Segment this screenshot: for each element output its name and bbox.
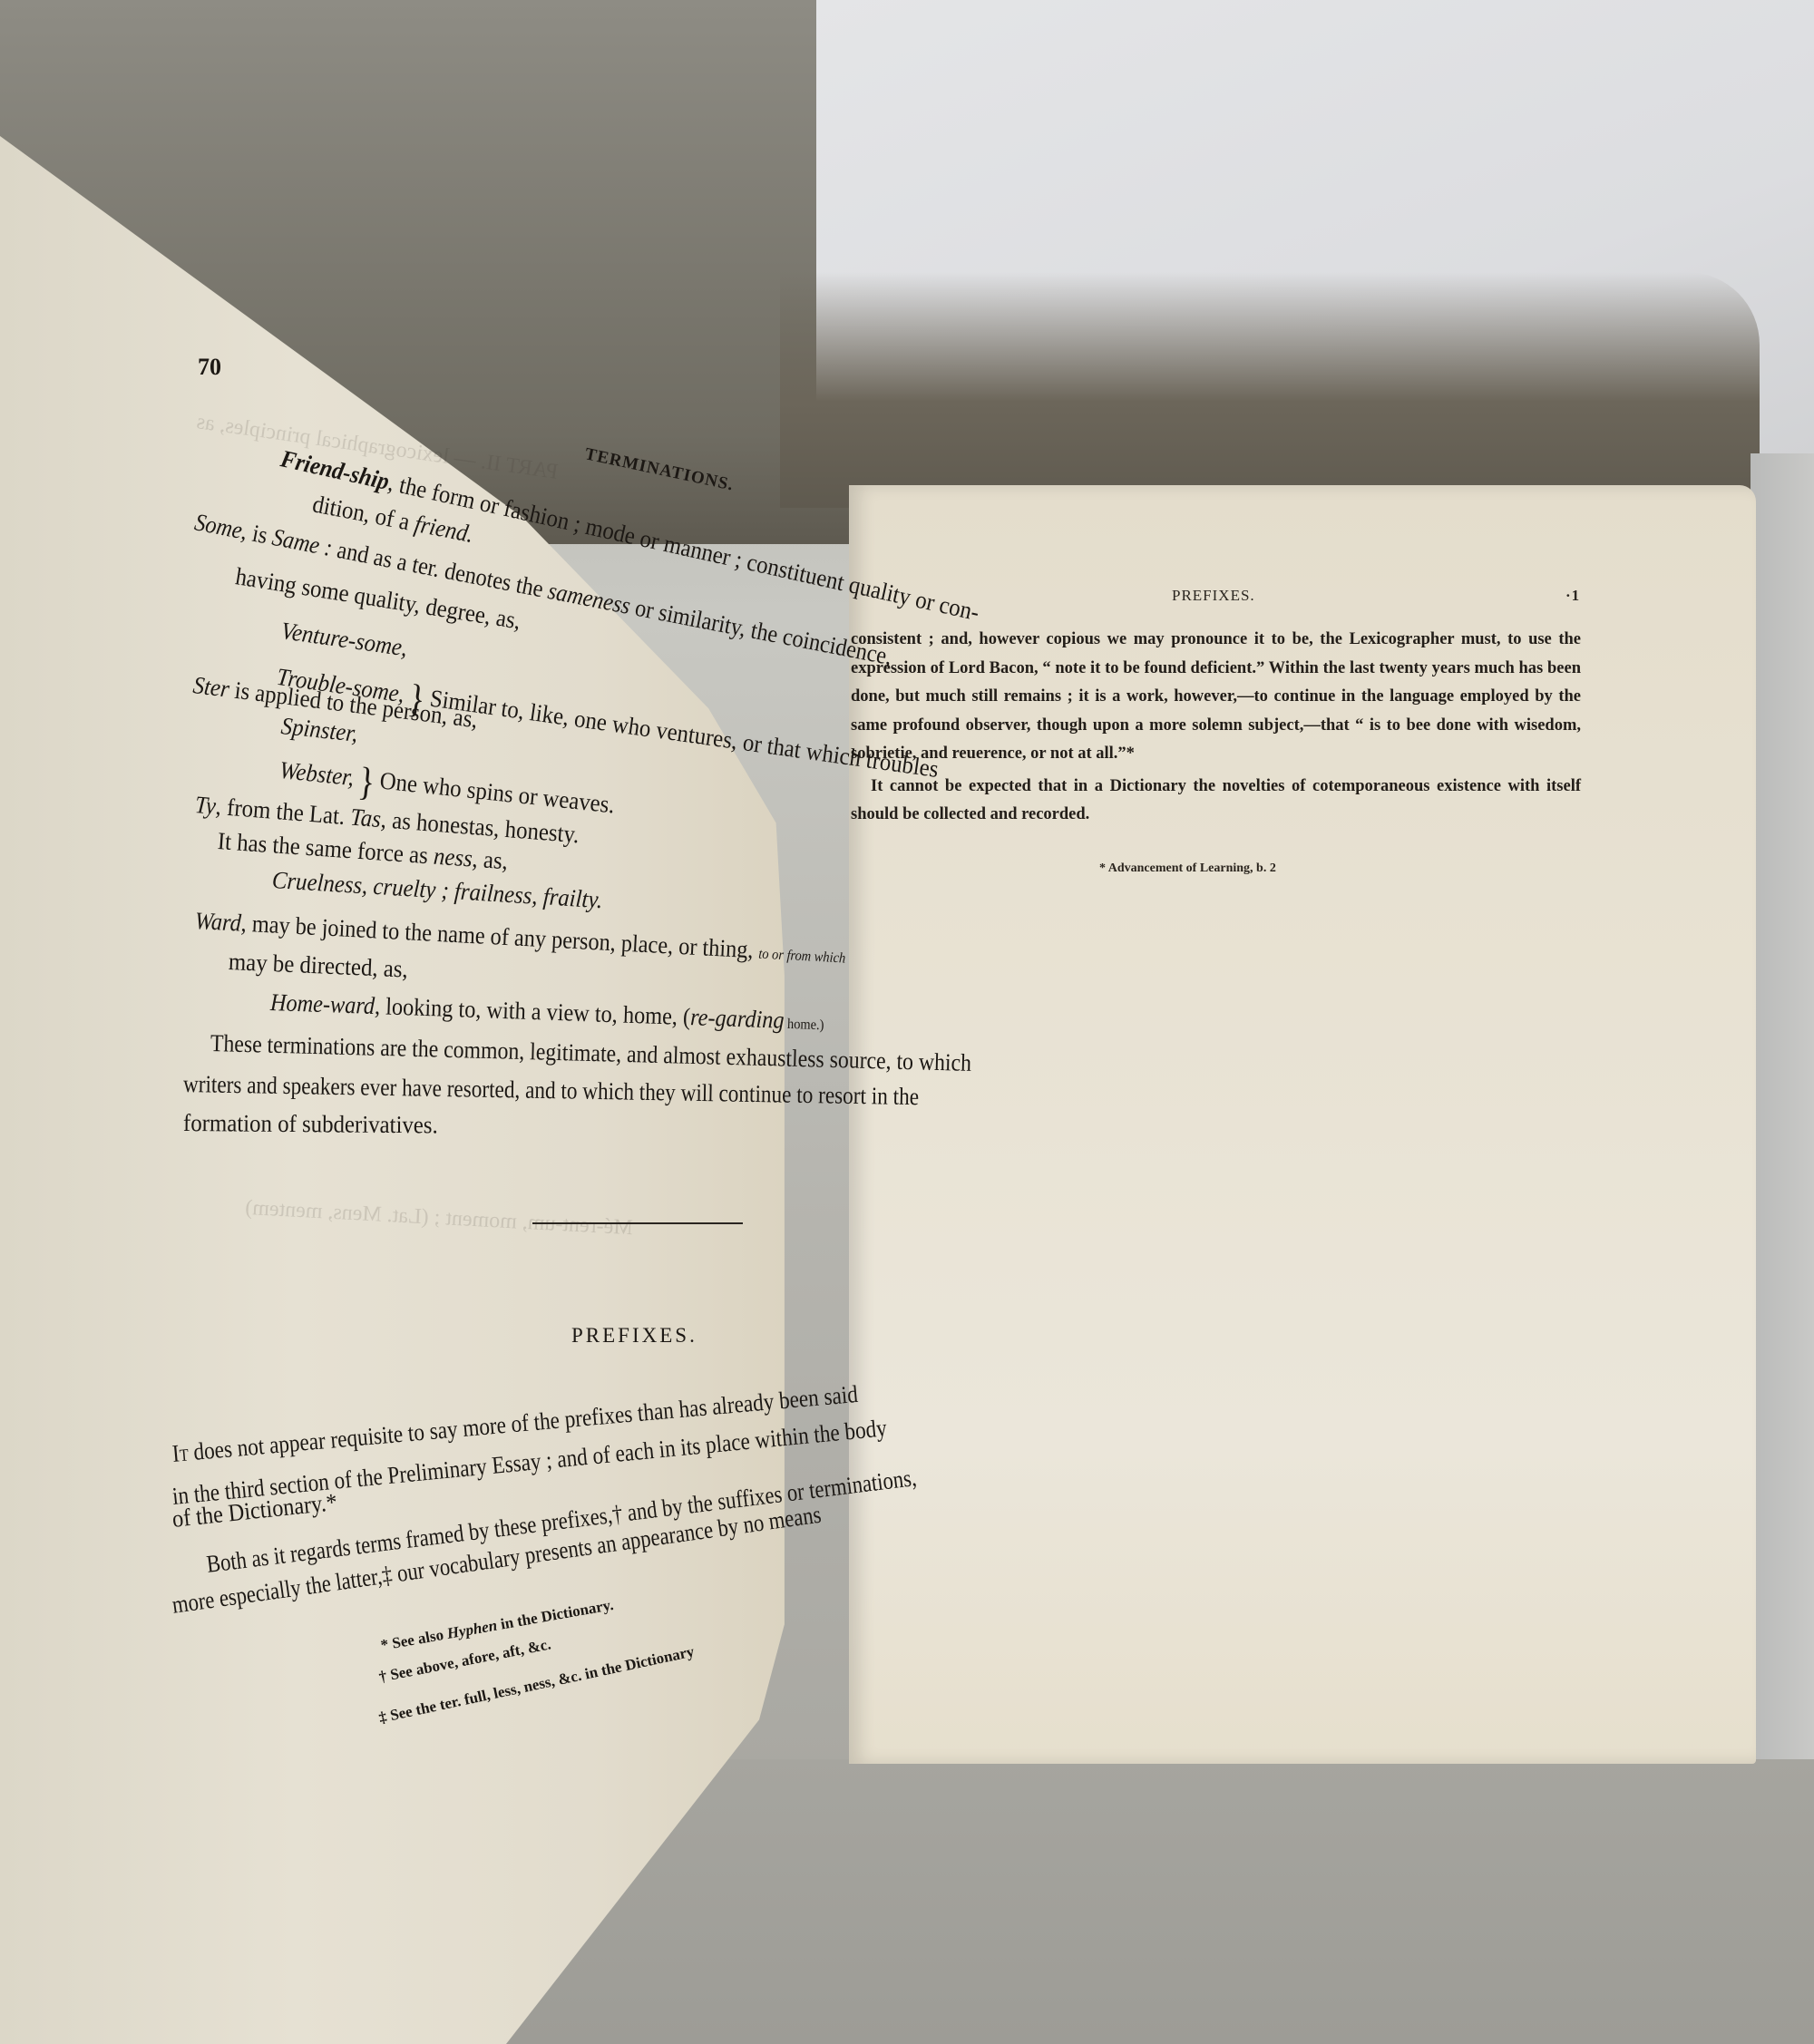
background-cloth-right (1751, 453, 1814, 1814)
book-shadow (780, 272, 1760, 508)
right-page-number: ·1 (1565, 587, 1580, 605)
closing-line-3: formation of subderivatives. (183, 1109, 438, 1139)
right-running-head-title: PREFIXES. (1172, 587, 1255, 605)
right-page-body: consistent ; and, however copious we may… (851, 626, 1581, 830)
section-divider (532, 1222, 743, 1224)
right-footnote: * Advancement of Learning, b. 2 (1099, 861, 1276, 876)
left-page-number: 70 (198, 354, 221, 381)
right-page: PREFIXES. ·1 consistent ; and, however c… (849, 485, 1756, 1764)
brace-icon: } (356, 757, 377, 805)
prefixes-heading: PREFIXES. (571, 1324, 697, 1348)
right-paragraph-1: consistent ; and, however copious we may… (851, 626, 1581, 769)
right-paragraph-2: It cannot be expected that in a Dictiona… (851, 773, 1581, 830)
